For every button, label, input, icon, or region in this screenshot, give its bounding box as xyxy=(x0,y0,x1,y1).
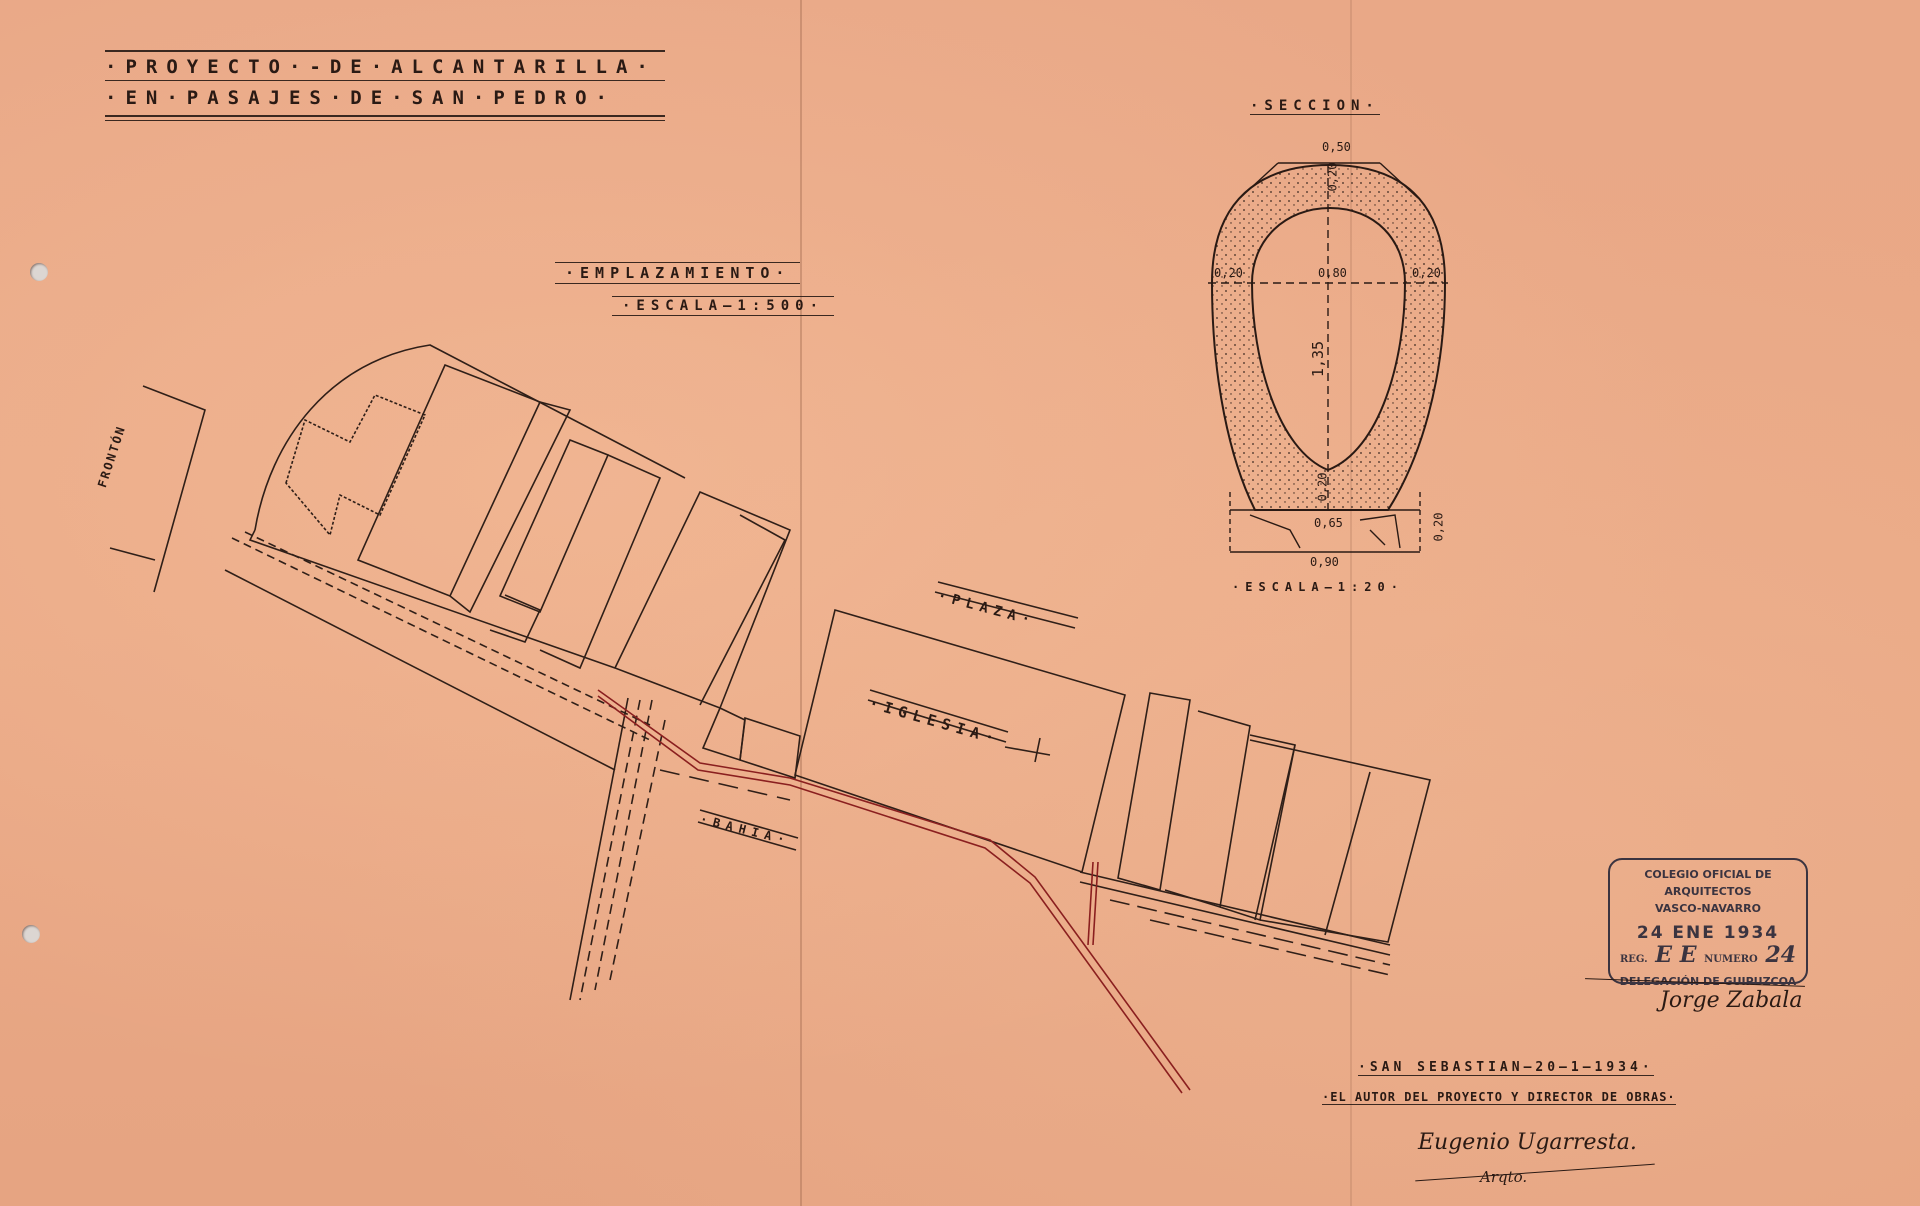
stamp-numero-label: NUMERO xyxy=(1704,954,1758,965)
dim-top-width: 0,50 xyxy=(1322,140,1351,154)
stamp-signature: Jorge Zabala xyxy=(1660,988,1802,1013)
architect-title: Arqto. xyxy=(1480,1168,1527,1186)
registration-stamp: COLEGIO OFICIAL DE ARQUITECTOS VASCO-NAV… xyxy=(1608,858,1808,984)
dim-invert: 0,20 xyxy=(1315,473,1329,502)
dim-base-width: 0,90 xyxy=(1310,555,1339,569)
stamp-reg-letters: E E xyxy=(1655,942,1696,968)
dim-base-height: 0,20 xyxy=(1431,513,1445,542)
stamp-line1: COLEGIO OFICIAL DE ARQUITECTOS xyxy=(1610,866,1806,900)
dim-base-inner: 0,65 xyxy=(1314,516,1343,530)
dim-inner-width: 0,80 xyxy=(1318,266,1347,280)
stamp-line2: VASCO-NAVARRO xyxy=(1610,900,1806,917)
drawing-sheet: ·PROYECTO·-DE·ALCANTARILLA· ·EN·PASAJES·… xyxy=(0,0,1920,1206)
architect-signature: Eugenio Ugarresta. xyxy=(1418,1130,1637,1155)
stamp-reg-label: REG. xyxy=(1620,954,1648,965)
stamp-number: 24 xyxy=(1765,942,1796,968)
footer-role: ·EL AUTOR DEL PROYECTO Y DIRECTOR DE OBR… xyxy=(1322,1090,1676,1105)
section-scale: ·ESCALA–1:20· xyxy=(1232,580,1404,594)
dim-crown: 0,20 xyxy=(1325,163,1339,192)
dim-inner-height: 1,35 xyxy=(1309,341,1327,377)
footer-place-date: ·SAN SEBASTIAN–20–1–1934· xyxy=(1358,1060,1654,1076)
stamp-date: 24 ENE 1934 xyxy=(1610,925,1806,942)
section-drawing xyxy=(0,0,1920,1206)
dim-right-wall: 0,20 xyxy=(1412,266,1441,280)
dim-left-wall: 0,20 xyxy=(1214,266,1243,280)
